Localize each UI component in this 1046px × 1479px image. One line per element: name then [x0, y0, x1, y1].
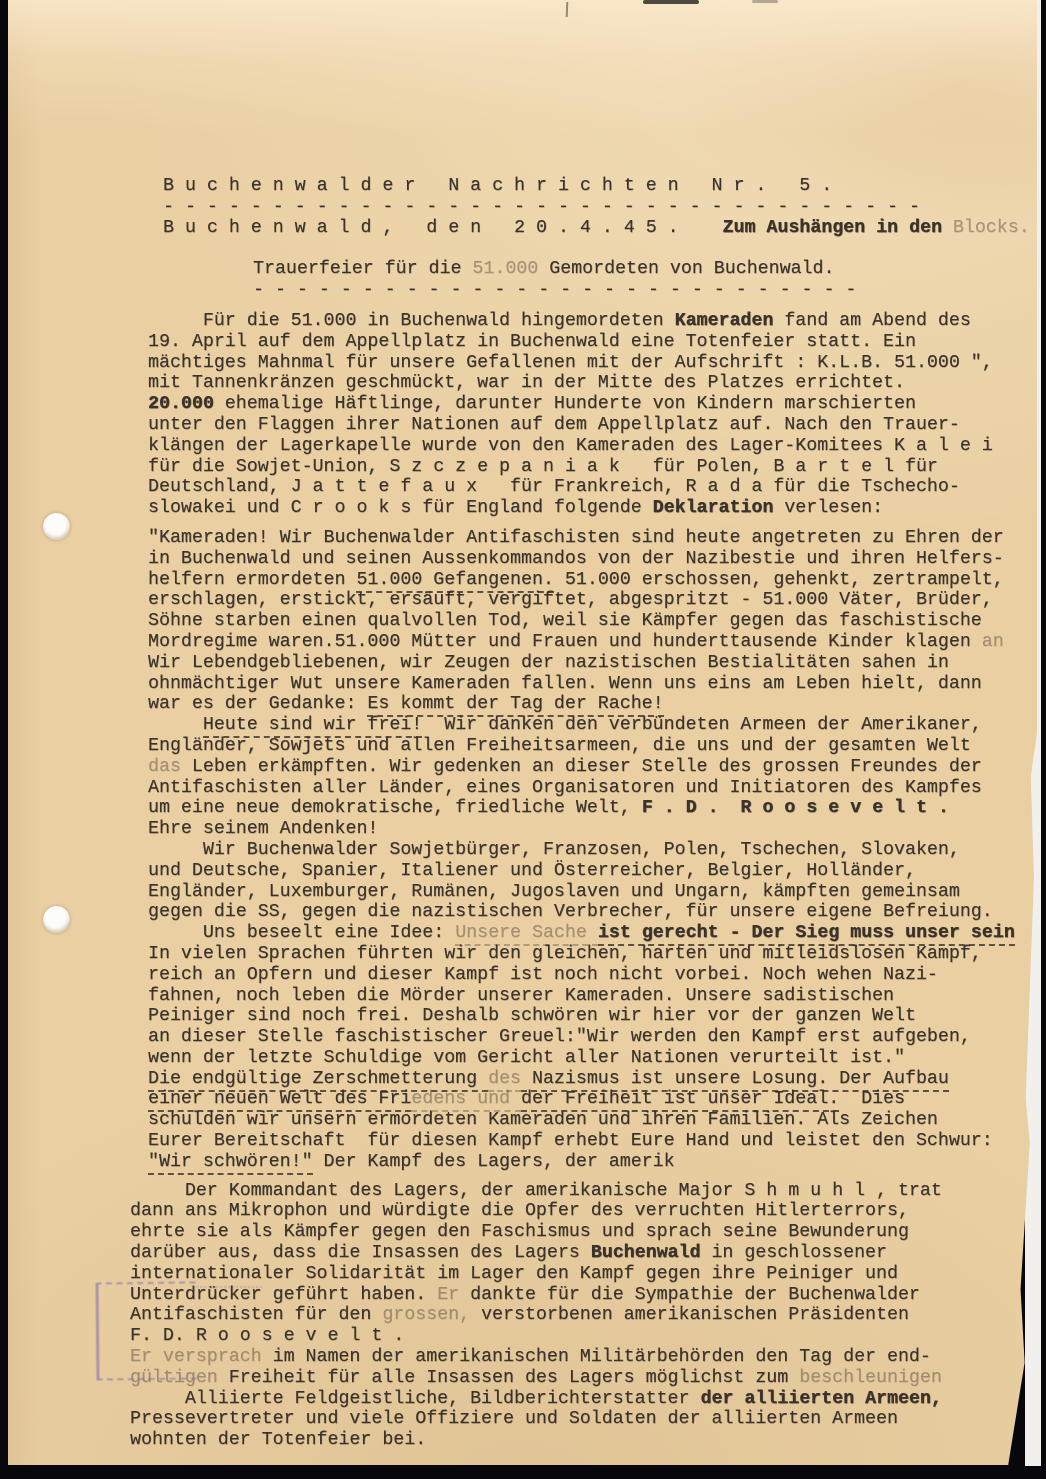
text-line: um eine neue demokratische, friedliche W…: [148, 798, 1046, 819]
text-line: Mordregime waren.51.000 Mütter und Fraue…: [148, 632, 1046, 653]
text-segment: dann ans Mikrophon und würdigte die Opfe…: [130, 1201, 909, 1221]
document-body: Für die 51.000 in Buchenwald hingemordet…: [148, 311, 1046, 1451]
stamp-mark-trail: [196, 1286, 262, 1288]
dateline: B u c h e n w a l d , d e n 2 0 . 4 . 4 …: [163, 218, 1030, 239]
text-line: erschlagen, erstickt, ersäuft, vergiftet…: [148, 590, 1046, 611]
text-line: 19. April auf dem Appellplatz in Buchenw…: [148, 332, 1046, 353]
text-line: und Deutsche, Spanier, Italiener und Öst…: [148, 861, 1046, 882]
text-line: Für die 51.000 in Buchenwald hingemordet…: [148, 311, 1046, 332]
text-segment: Dies: [839, 1089, 905, 1109]
punch-hole-bottom: [43, 906, 70, 933]
text-line: Engländer, Luxemburger, Rumänen, Jugosla…: [148, 882, 1046, 903]
text-segment: Mordregime waren.51.000 Mütter und Fraue…: [148, 632, 982, 652]
text-line: helfern ermordeten 51.000 Gefangenen. 51…: [148, 570, 1046, 591]
text-line: Deutschland, J a t t e f a u x für Frank…: [148, 477, 1046, 498]
text-line: war es der Gedanke: Es kommt der Tag der…: [148, 694, 1046, 715]
text-segment: Gemordeten von Buchenwald.: [538, 259, 834, 279]
paragraph-1: Für die 51.000 in Buchenwald hingemordet…: [148, 311, 1046, 519]
text-segment: Antifaschisten aller Länder, eines Organ…: [148, 778, 982, 798]
text-segment: dankte für die Sympathie der Buchenwalde…: [459, 1285, 920, 1305]
text-segment: in geschlossener: [700, 1243, 887, 1263]
text-segment: In vielen Sprachen führten wir den gleic…: [148, 944, 982, 964]
text-segment: darüber aus, dass die Insassen des Lager…: [130, 1243, 591, 1263]
text-segment: mächtiges Mahnmal für unsere Gefallenen …: [148, 353, 993, 373]
text-line: Antifaschisten für den grossen, verstorb…: [130, 1305, 1046, 1326]
text-segment: 51.000 erschossen, gehenkt, zertrampelt,: [554, 570, 1004, 590]
underlined-text: Unsere Sache: [455, 923, 598, 946]
text-segment: Deutschland, J a t t e f a u x für Frank…: [148, 477, 960, 497]
text-line: dann ans Mikrophon und würdigte die Opfe…: [130, 1201, 1046, 1222]
text-line: reich an Opfern und dieser Kampf ist noc…: [148, 965, 1046, 986]
text-line: schulden wir unsern ermordeten Kameraden…: [148, 1110, 1046, 1131]
text-segment: Peiniger sind noch frei. Deshalb schwöre…: [148, 1006, 916, 1026]
text-line: Eurer Bereitschaft für diesen Kampf erhe…: [148, 1131, 1046, 1152]
underlined-text: "Wir schwören!": [148, 1152, 313, 1175]
punch-hole-top: [43, 513, 70, 540]
text-line: fahnen, noch leben die Mörder unserer Ka…: [148, 986, 1046, 1007]
text-line: mit Tannenkränzen geschmückt, war in der…: [148, 373, 1046, 394]
scan-artifact-top-right: [752, 0, 778, 3]
text-segment: verlesen:: [773, 498, 883, 518]
paragraph-4: Wir Buchenwalder Sowjetbürger, Franzosen…: [148, 840, 1046, 923]
text-segment: verstorbenen amerikanischen Präsidenten: [470, 1305, 909, 1325]
text-segment: 51.000: [472, 259, 538, 279]
text-line: wenn der letzte Schuldige vom Gericht al…: [148, 1048, 1046, 1069]
text-segment: Söhne starben einen qualvollen Tod, weil…: [148, 611, 982, 631]
text-segment: Eurer Bereitschaft für diesen Kampf erhe…: [148, 1131, 993, 1151]
paragraph-6: Der Kommandant des Lagers, der amerikani…: [130, 1181, 1046, 1451]
underlined-text: ist gerecht - Der Sieg muss unser sein: [598, 923, 1015, 946]
text-segment: helfern ermordeten: [148, 570, 356, 590]
text-line: einer neuen Welt des Friedens und der Fr…: [148, 1089, 1046, 1110]
text-segment: schulden wir unsern ermordeten Kameraden…: [148, 1110, 938, 1130]
text-line: an dieser Stelle faschistischer Greuel:"…: [148, 1027, 1046, 1048]
text-line: 20.000 ehemalige Häftlinge, darunter Hun…: [148, 394, 1046, 415]
subject-rule: - - - - - - - - - - - - - - - - - - - - …: [253, 280, 856, 301]
text-segment: mit Tannenkränzen geschmückt, war in der…: [148, 373, 905, 393]
text-line: Peiniger sind noch frei. Deshalb schwöre…: [148, 1006, 1046, 1027]
text-line: Söhne starben einen qualvollen Tod, weil…: [148, 611, 1046, 632]
text-line: Ehre seinem Andenken!: [148, 819, 1046, 840]
text-segment: Blocks.: [953, 218, 1030, 238]
text-segment: wohnten der Totenfeier bei.: [130, 1430, 426, 1450]
text-segment: Pressevertreter und viele Offiziere und …: [130, 1409, 898, 1429]
text-segment: Trauerfeier für die: [253, 259, 472, 279]
text-segment: unter den Flaggen ihrer Nationen auf dem…: [148, 415, 960, 435]
document-page: B u c h e n w a l d e r N a c h r i c h …: [8, 0, 1037, 1465]
text-segment: für die Sowjet-Union, S z c z e p a n i …: [148, 457, 938, 477]
text-segment: im Namen der amerikanischen Militärbehör…: [262, 1347, 931, 1367]
text-line: Wir Lebendgebliebenen, wir Zeugen der na…: [148, 653, 1046, 674]
subject-rule-dashes: - - - - - - - - - - - - - - - - - - - - …: [253, 280, 856, 300]
text-line: Wir Buchenwalder Sowjetbürger, Franzosen…: [148, 840, 1046, 861]
text-line: mächtiges Mahnmal für unsere Gefallenen …: [148, 353, 1046, 374]
masthead-rule: - - - - - - - - - - - - - - - - - - - - …: [163, 197, 1030, 218]
text-segment: Alliierte Feldgeistliche, Bildberichters…: [130, 1389, 700, 1409]
text-segment: slowakei und C r o o k s für England fol…: [148, 498, 653, 518]
text-line: Alliierte Feldgeistliche, Bildberichters…: [130, 1389, 1046, 1410]
text-line: "Kameraden! Wir Buchenwalder Antifaschis…: [148, 528, 1046, 549]
underlined-text: der Freiheit ist unser Ideal.: [521, 1089, 839, 1112]
text-segment: internationaler Solidarität im Lager den…: [130, 1264, 898, 1284]
text-segment: Zum Aushängen in den: [723, 218, 953, 238]
text-segment: erschlagen, erstickt, ersäuft, vergiftet…: [148, 590, 993, 610]
text-segment: fahnen, noch leben die Mörder unserer Ka…: [148, 986, 894, 1006]
paragraph-3: Heute sind wir frei! Wir danken den verb…: [148, 715, 1046, 840]
text-segment: das: [148, 757, 192, 777]
masthead-title-text: B u c h e n w a l d e r N a c h r i c h …: [163, 176, 832, 196]
text-segment: und Deutsche, Spanier, Italiener und Öst…: [148, 861, 916, 881]
text-line: Heute sind wir frei! Wir danken den verb…: [148, 715, 1046, 736]
subject-line: Trauerfeier für die 51.000 Gemordeten vo…: [253, 259, 856, 280]
text-segment: B u c h e n w a l d , d e n 2 0 . 4 . 4 …: [163, 218, 723, 238]
text-segment: Buchenwald: [591, 1243, 701, 1263]
underlined-text: Heute sind wir frei!: [203, 715, 422, 738]
text-line: ohnmächtiger Wut unsere Kameraden fallen…: [148, 674, 1046, 695]
text-segment: fand am Abend des: [773, 311, 970, 331]
text-segment: Engländer, Sowjets und allen Freiheitsar…: [148, 736, 971, 756]
text-line: unter den Flaggen ihrer Nationen auf dem…: [148, 415, 1046, 436]
text-line: Engländer, Sowjets und allen Freiheitsar…: [148, 736, 1046, 757]
text-line: Uns beseelt eine Idee: Unsere Sache ist …: [148, 923, 1046, 944]
text-segment: [148, 715, 203, 735]
text-segment: Wir Lebendgebliebenen, wir Zeugen der na…: [148, 653, 949, 673]
text-line: F. D. R o o s e v e l t .: [130, 1326, 1046, 1347]
text-line: wohnten der Totenfeier bei.: [130, 1430, 1046, 1451]
text-line: In vielen Sprachen führten wir den gleic…: [148, 944, 1046, 965]
text-segment: gegen die SS, gegen die nazistischen Ver…: [148, 902, 993, 922]
text-line: gegen die SS, gegen die nazistischen Ver…: [148, 902, 1046, 923]
text-segment: Der Kommandant des Lagers, der amerikani…: [130, 1181, 942, 1201]
text-segment: in Buchenwald und seinen Aussenkommandos…: [148, 549, 1004, 569]
text-line: klängen der Lagerkapelle wurde von den K…: [148, 436, 1046, 457]
text-segment: Engländer, Luxemburger, Rumänen, Jugosla…: [148, 882, 960, 902]
underlined-text: Es kommt der Tag der Rache!: [367, 694, 663, 717]
text-segment: Kameraden: [675, 311, 774, 331]
text-segment: 20.000: [148, 394, 214, 414]
text-segment: beschleunigen: [799, 1368, 942, 1388]
text-segment: Ehre seinem Andenken!: [148, 819, 378, 839]
subject-block: Trauerfeier für die 51.000 Gemordeten vo…: [253, 259, 856, 301]
text-line: "Wir schwören!" Der Kampf des Lagers, de…: [148, 1152, 1046, 1173]
text-segment: wenn der letzte Schuldige vom Gericht al…: [148, 1048, 905, 1068]
underlined-text: 51.000 Gefangenen.: [356, 570, 553, 593]
text-segment: Er: [437, 1285, 459, 1305]
text-line: Pressevertreter und viele Offiziere und …: [130, 1409, 1046, 1430]
text-segment: reich an Opfern und dieser Kampf ist noc…: [148, 965, 938, 985]
text-line: für die Sowjet-Union, S z c z e p a n i …: [148, 457, 1046, 478]
masthead-rule-dashes: - - - - - - - - - - - - - - - - - - - - …: [163, 197, 920, 217]
stamp-mark: [95, 1281, 196, 1380]
text-segment: Wir Buchenwalder Sowjetbürger, Franzosen…: [148, 840, 960, 860]
text-segment: war es der Gedanke:: [148, 694, 367, 714]
text-segment: F . D . R o o s e v e l t .: [642, 798, 949, 818]
underlined-text: einer neuen Welt des Fri: [148, 1089, 411, 1112]
text-line: ehrte sie als Kämpfer gegen den Faschism…: [130, 1222, 1046, 1243]
text-segment: ehemalige Häftlinge, darunter Hunderte v…: [214, 394, 916, 414]
text-segment: der alliierten Armeen,: [700, 1389, 941, 1409]
text-segment: "Kameraden! Wir Buchenwalder Antifaschis…: [148, 528, 1004, 548]
text-segment: Deklaration: [653, 498, 774, 518]
text-line: Der Kommandant des Lagers, der amerikani…: [130, 1181, 1046, 1202]
scan-artifact-top: [643, 0, 699, 4]
text-segment: grossen,: [382, 1305, 470, 1325]
underlined-text: Nazismus ist unsere Losung. Der Aufbau: [521, 1069, 949, 1092]
text-segment: Der Kampf des Lagers, der amerik: [313, 1152, 675, 1172]
text-segment: an: [982, 632, 1004, 652]
text-segment: klängen der Lagerkapelle wurde von den K…: [148, 436, 993, 456]
text-segment: Wir danken den verbündeten Armeen der Am…: [422, 715, 982, 735]
text-segment: an dieser Stelle faschistischer Greuel:"…: [148, 1027, 971, 1047]
text-line: Die endgültige Zerschmetterung des Nazis…: [148, 1069, 1046, 1090]
paragraph-2: "Kameraden! Wir Buchenwalder Antifaschis…: [148, 528, 1046, 715]
text-segment: 19. April auf dem Appellplatz in Buchenw…: [148, 332, 916, 352]
text-segment: ehrte sie als Kämpfer gegen den Faschism…: [130, 1222, 909, 1242]
masthead-title: B u c h e n w a l d e r N a c h r i c h …: [163, 176, 1030, 197]
text-line: das Leben erkämpften. Wir gedenken an di…: [148, 757, 1046, 778]
text-line: slowakei und C r o o k s für England fol…: [148, 498, 1046, 519]
text-line: in Buchenwald und seinen Aussenkommandos…: [148, 549, 1046, 570]
underlined-text: edens und: [411, 1089, 521, 1112]
text-segment: ohnmächtiger Wut unsere Kameraden fallen…: [148, 674, 982, 694]
masthead: B u c h e n w a l d e r N a c h r i c h …: [163, 176, 1030, 239]
paragraph-5: Uns beseelt eine Idee: Unsere Sache ist …: [148, 923, 1046, 1173]
text-line: Antifaschisten aller Länder, eines Organ…: [148, 778, 1046, 799]
text-segment: Leben erkämpften. Wir gedenken an dieser…: [192, 757, 982, 777]
text-segment: Für die 51.000 in Buchenwald hingemordet…: [148, 311, 675, 331]
text-line: Er versprach im Namen der amerikanischen…: [130, 1347, 1046, 1368]
text-line: gültigen Freiheit für alle Insassen des …: [130, 1368, 1046, 1389]
text-segment: Freiheit für alle Insassen des Lagers mö…: [218, 1368, 799, 1388]
text-line: Unterdrücker geführt haben. Er dankte fü…: [130, 1285, 1046, 1306]
text-line: darüber aus, dass die Insassen des Lager…: [130, 1243, 1046, 1264]
text-segment: Uns beseelt eine Idee:: [148, 923, 455, 943]
text-segment: um eine neue demokratische, friedliche W…: [148, 798, 642, 818]
scanned-document-screen: B u c h e n w a l d e r N a c h r i c h …: [0, 0, 1046, 1479]
text-line: internationaler Solidarität im Lager den…: [130, 1264, 1046, 1285]
